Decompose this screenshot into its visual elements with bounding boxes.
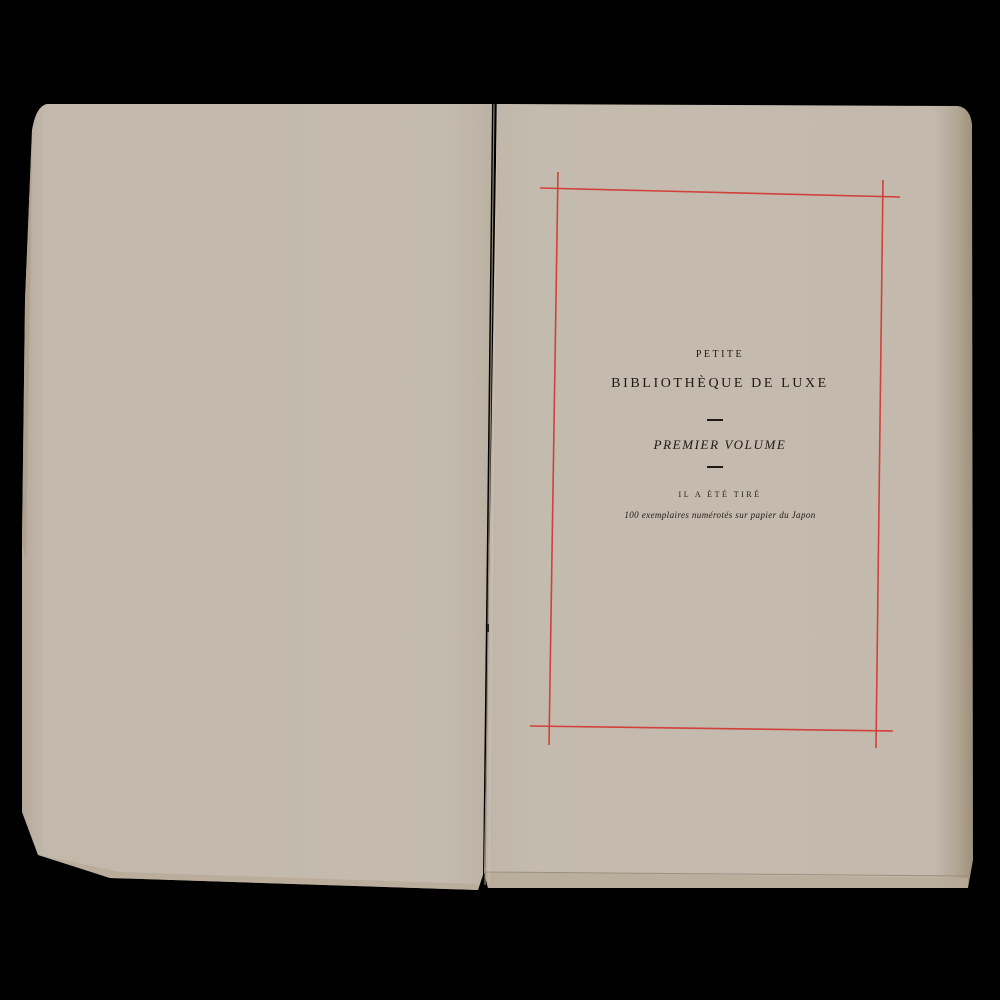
volume-label: PREMIER VOLUME — [560, 437, 880, 453]
book-spread-illustration — [0, 0, 1000, 1000]
divider-rule-top — [707, 419, 723, 421]
collection-title: BIBLIOTHÈQUE DE LUXE — [560, 376, 880, 392]
print-note-heading: IL A ÉTÉ TIRÉ — [560, 490, 880, 499]
left-page — [22, 104, 492, 890]
print-note-detail: 100 exemplaires numérotés sur papier du … — [560, 510, 880, 520]
series-label: PETITE — [560, 349, 880, 360]
open-book: PETITE BIBLIOTHÈQUE DE LUXE PREMIER VOLU… — [0, 0, 1000, 1000]
divider-rule-bottom — [707, 466, 723, 468]
